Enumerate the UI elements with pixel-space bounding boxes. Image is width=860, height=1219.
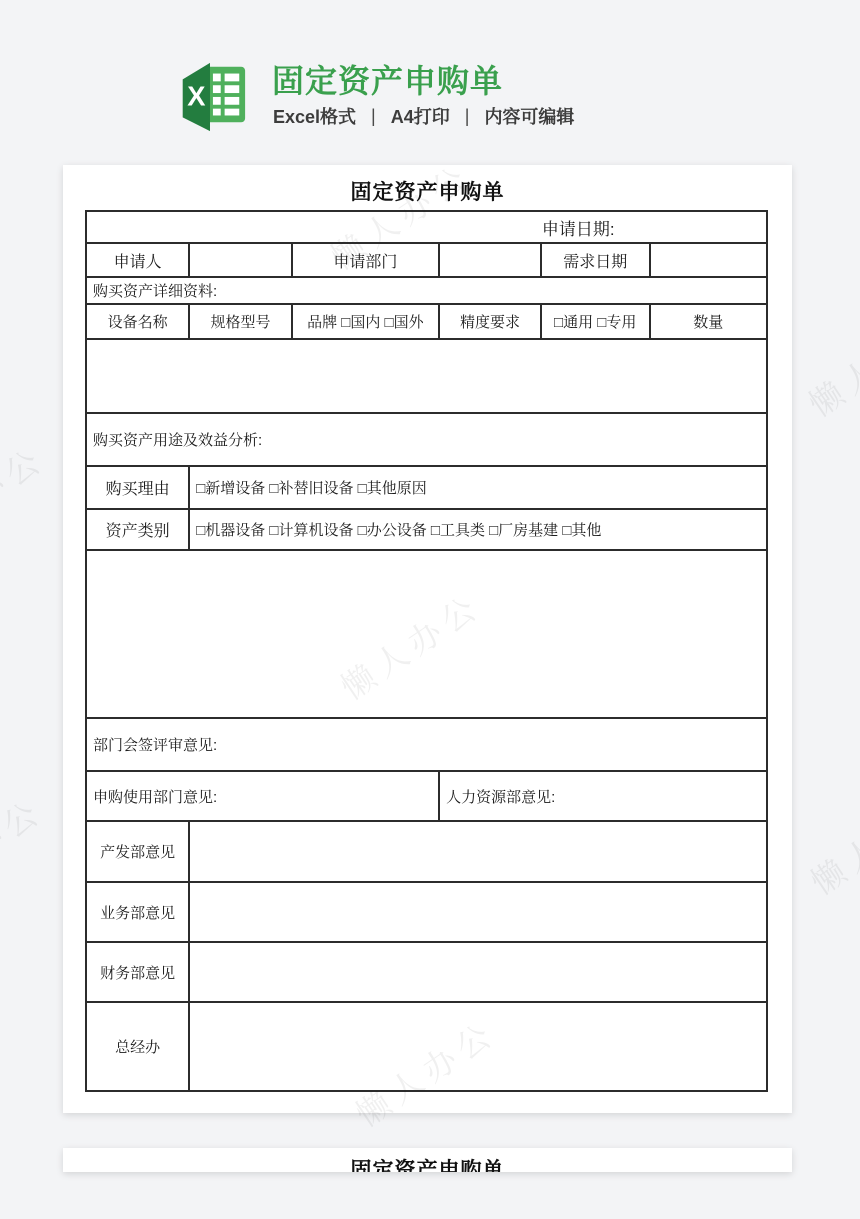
precision-header: 精度要求 (440, 305, 542, 338)
feature-format: Excel格式 (273, 103, 356, 129)
form-title-page2: 固定资产申购单 (63, 1154, 792, 1172)
template-features: Excel格式 | A4打印 | 内容可编辑 (273, 103, 574, 129)
page-title: 固定资产申购单 (272, 56, 503, 102)
business-opinion-label: 业务部意见 (87, 883, 190, 941)
rd-opinion-cell (190, 822, 766, 881)
device-name-header: 设备名称 (87, 305, 190, 338)
template-preview-page: X 固定资产申购单 Excel格式 | A4打印 | 内容可编辑 固定资产申购单… (0, 0, 860, 1219)
watermark: 懒人办公 (0, 434, 53, 562)
row-purchase-reason: 购买理由 □新增设备 □补替旧设备 □其他原因 (87, 467, 766, 510)
apply-dept-label: 申请部门 (293, 244, 440, 276)
separator: | (465, 106, 470, 127)
joint-review-label: 部门会签评审意见: (87, 719, 766, 770)
row-asset-type: 资产类别 □机器设备 □计算机设备 □办公设备 □工具类 □厂房基建 □其他 (87, 510, 766, 551)
row-finance-opinion: 财务部意见 (87, 943, 766, 1003)
brand-header: 品牌 □国内 □国外 (293, 305, 440, 338)
watermark: 懒人办公 (801, 776, 860, 904)
feature-editable: 内容可编辑 (484, 103, 574, 129)
svg-text:X: X (187, 81, 205, 112)
purchase-reason-label: 购买理由 (87, 467, 190, 508)
need-date-value-cell (651, 244, 766, 276)
watermark: 懒人办公 (0, 786, 51, 914)
separator: | (371, 106, 376, 127)
apply-date-label: 申请日期: (87, 212, 766, 242)
row-usage-section: 购买资产用途及效益分析: (87, 414, 766, 467)
need-date-label: 需求日期 (542, 244, 651, 276)
finance-opinion-cell (190, 943, 766, 1001)
row-joint-review: 部门会签评审意见: (87, 719, 766, 772)
gm-office-cell (190, 1003, 766, 1090)
asset-type-label: 资产类别 (87, 510, 190, 549)
row-gm-office: 总经办 (87, 1003, 766, 1090)
finance-opinion-label: 财务部意见 (87, 943, 190, 1001)
general-special-header: □通用 □专用 (542, 305, 651, 338)
excel-logo-icon: X (171, 56, 249, 134)
row-business-opinion: 业务部意见 (87, 883, 766, 943)
form-preview-page-1: 固定资产申购单 申请日期: 申请人 申请部门 需求日期 购买资产详细资料: 设备… (63, 165, 792, 1113)
row-dept-opinions: 申购使用部门意见: 人力资源部意见: (87, 772, 766, 822)
purchase-reason-options: □新增设备 □补替旧设备 □其他原因 (190, 467, 766, 508)
row-applicant: 申请人 申请部门 需求日期 (87, 244, 766, 278)
row-detail-section: 购买资产详细资料: (87, 278, 766, 305)
business-opinion-cell (190, 883, 766, 941)
form-table: 申请日期: 申请人 申请部门 需求日期 购买资产详细资料: 设备名称 规格型号 … (85, 210, 768, 1092)
row-apply-date: 申请日期: (87, 212, 766, 244)
row-device-header: 设备名称 规格型号 品牌 □国内 □国外 精度要求 □通用 □专用 数量 (87, 305, 766, 340)
asset-type-options: □机器设备 □计算机设备 □办公设备 □工具类 □厂房基建 □其他 (190, 510, 766, 549)
watermark: 懒人办公 (799, 298, 860, 426)
form-preview-page-2: 固定资产申购单 (63, 1148, 792, 1172)
gm-office-label: 总经办 (87, 1003, 190, 1090)
applicant-label: 申请人 (87, 244, 190, 276)
feature-print: A4打印 (391, 103, 450, 129)
apply-dept-value-cell (440, 244, 542, 276)
usage-section-label: 购买资产用途及效益分析: (87, 414, 766, 465)
analysis-blank-cell (87, 551, 766, 717)
detail-section-label: 购买资产详细资料: (87, 278, 766, 303)
quantity-header: 数量 (651, 305, 766, 338)
form-title: 固定资产申购单 (63, 176, 792, 206)
row-device-blank (87, 340, 766, 414)
hr-opinion-label: 人力资源部意见: (440, 772, 766, 820)
applicant-value-cell (190, 244, 293, 276)
use-dept-opinion-label: 申购使用部门意见: (87, 772, 440, 820)
rd-opinion-label: 产发部意见 (87, 822, 190, 881)
device-entries-cell (87, 340, 766, 412)
row-rd-opinion: 产发部意见 (87, 822, 766, 883)
spec-model-header: 规格型号 (190, 305, 293, 338)
row-analysis-blank (87, 551, 766, 719)
